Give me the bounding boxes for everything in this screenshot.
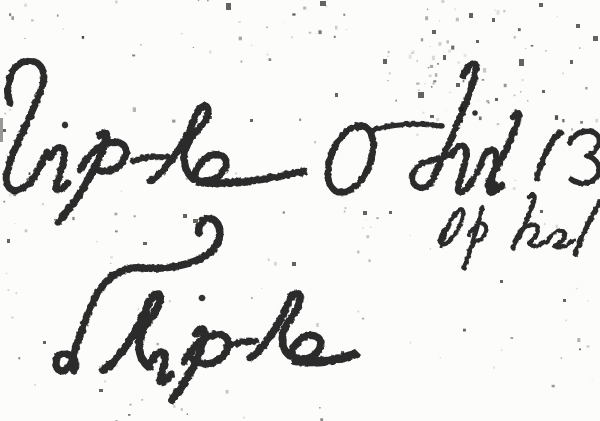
handwriting-ink [6,61,600,400]
edge-blotch [0,118,3,142]
handwriting-line-3 [56,218,358,400]
handwriting-svg [0,0,600,421]
manuscript-scan: liple Obiit 13 op het Fliple [0,0,600,421]
handwriting-line-2 [440,195,600,268]
handwriting-line-1 [6,61,599,222]
